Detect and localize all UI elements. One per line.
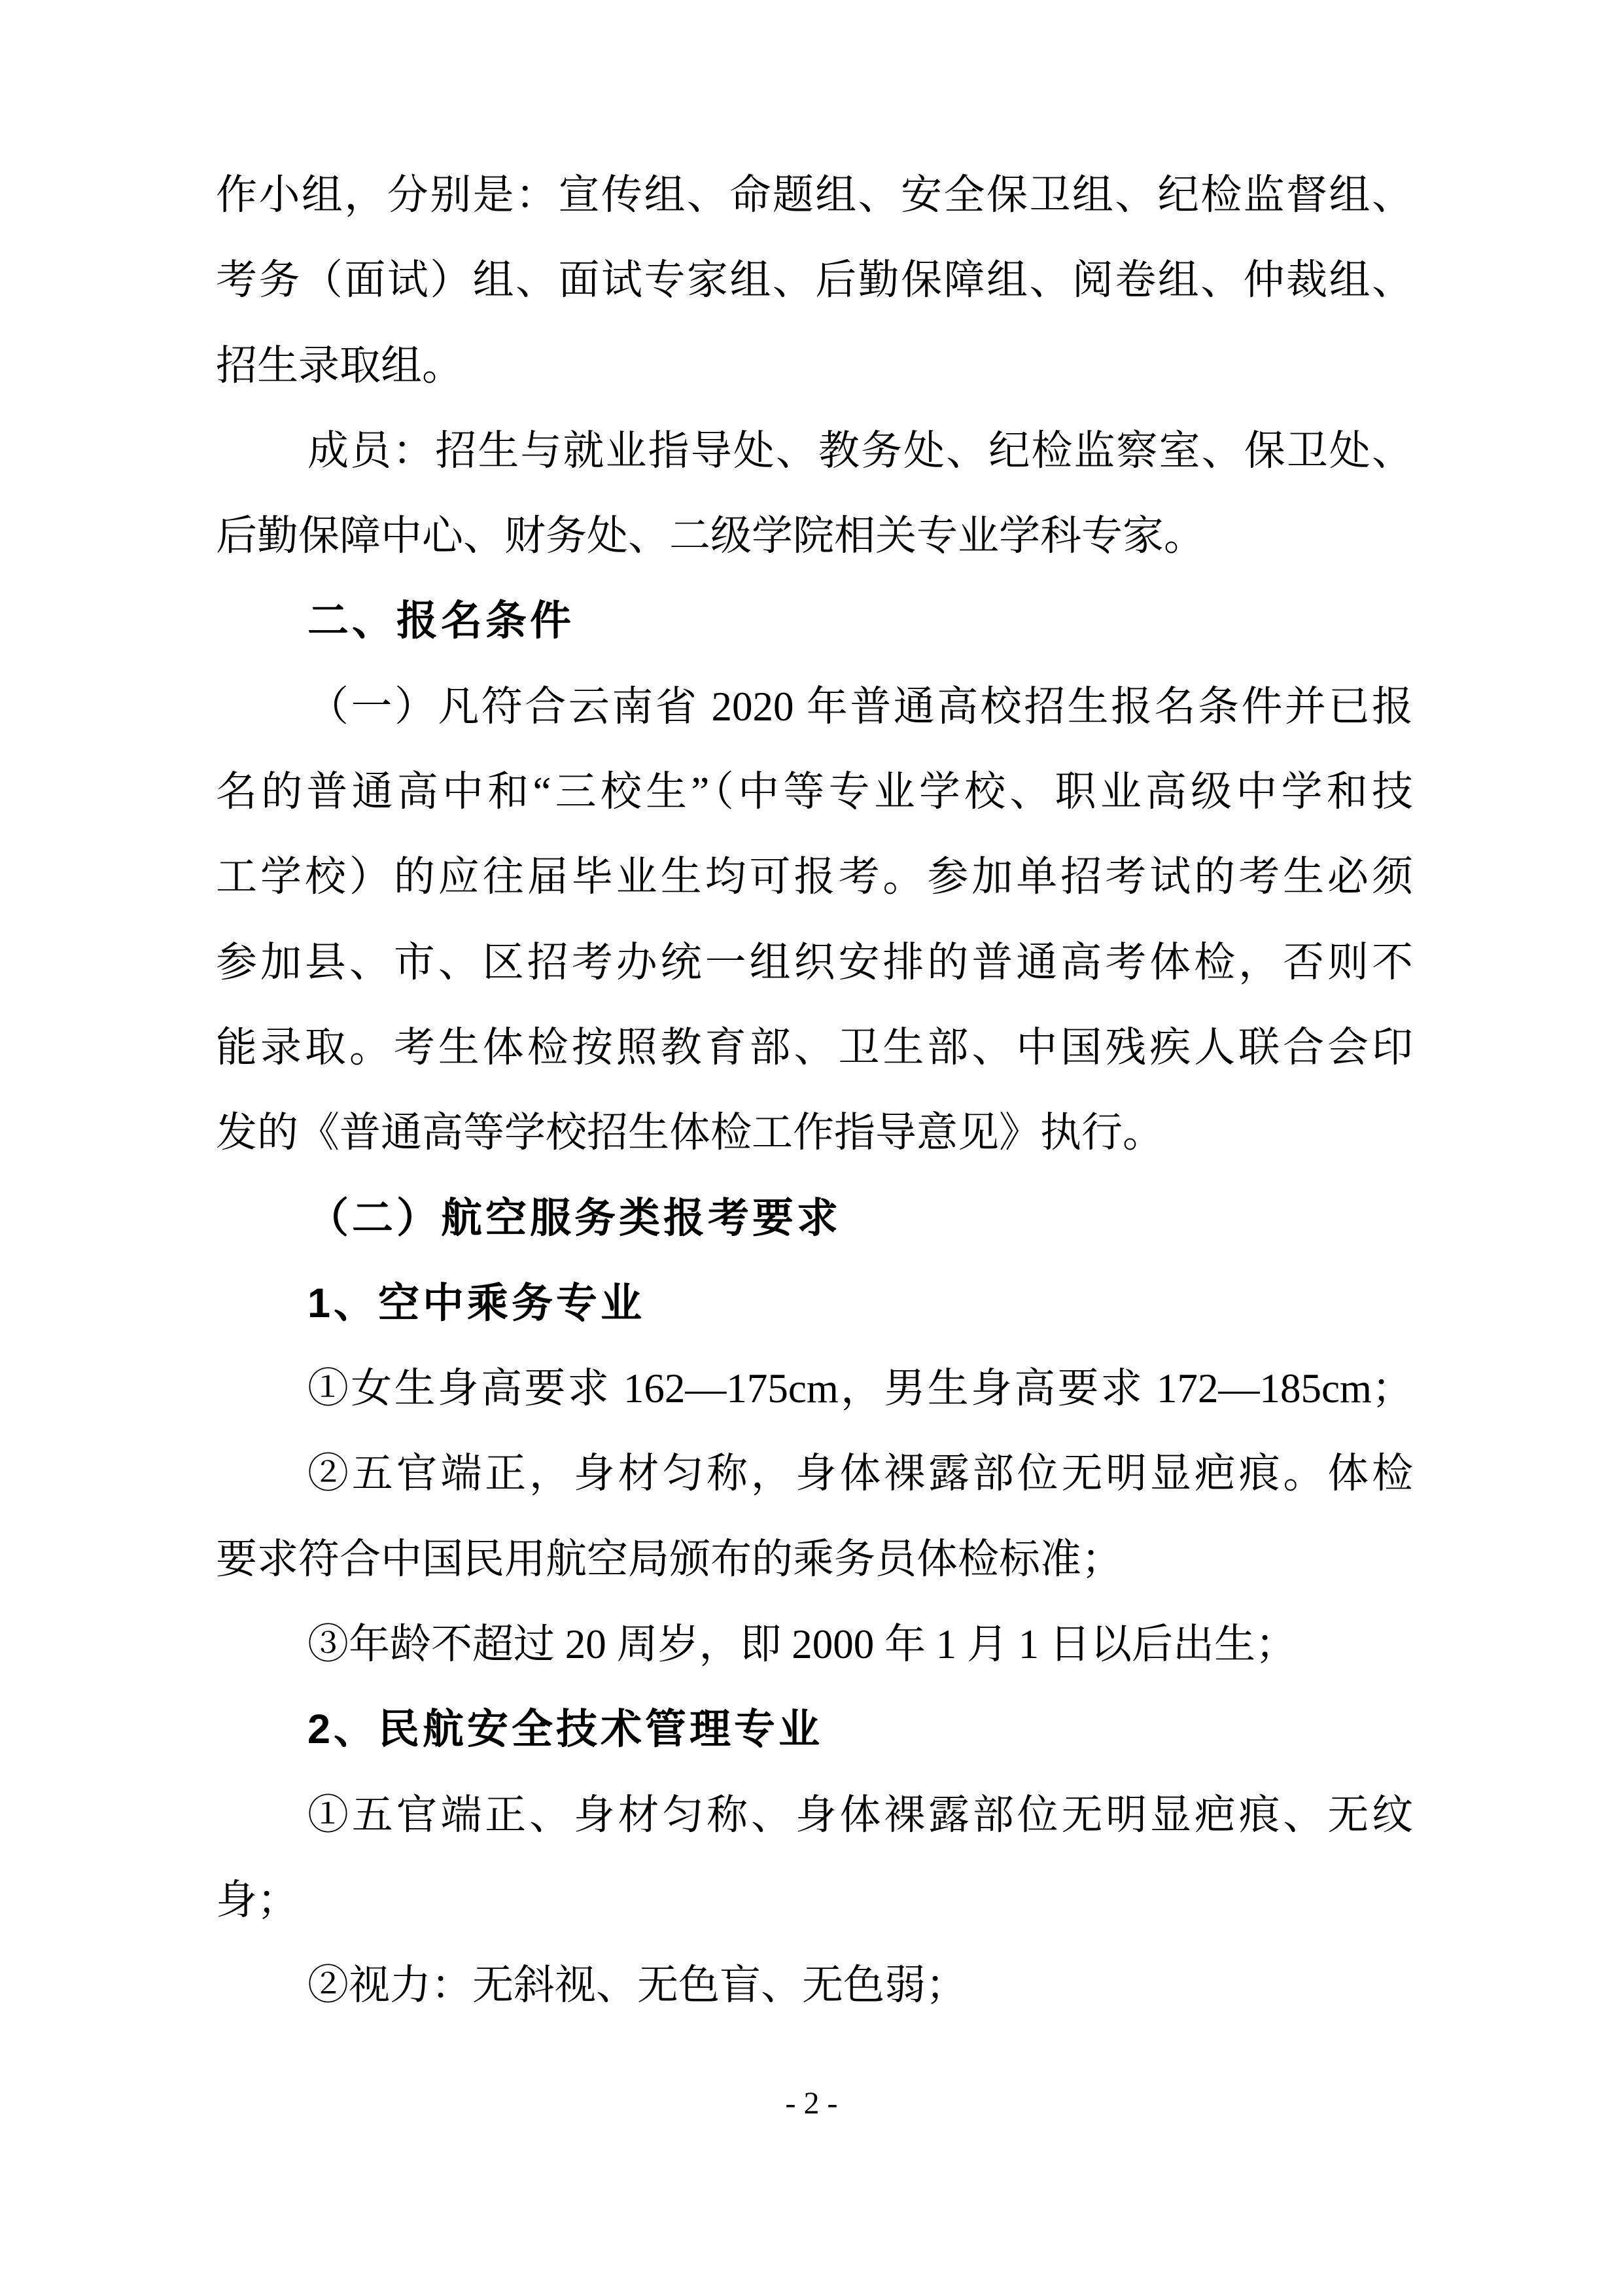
text-line: 工学校）的应往届毕业生均可报考。参加单招考试的考生必须 <box>216 834 1413 919</box>
text-line: 要求符合中国民用航空局颁布的乘务员体检标准； <box>216 1517 1413 1602</box>
heading-line: 二、报名条件 <box>216 578 1413 663</box>
text-line: 成员：招生与就业指导处、教务处、纪检监察室、保卫处、 <box>216 408 1413 493</box>
text-line: 身； <box>216 1858 1413 1943</box>
body-paragraph: ③年龄不超过 20 周岁，即 2000 年 1 月 1 日以后出生； <box>216 1602 1413 1687</box>
text-line: 招生录取组。 <box>216 323 1413 408</box>
page-number: - 2 - <box>786 2086 838 2121</box>
heading-line: 2、民航安全技术管理专业 <box>216 1687 1413 1772</box>
text-line: ①女生身高要求 162—175cm，男生身高要求 172—185cm； <box>216 1346 1413 1431</box>
body-paragraph: ②五官端正，身材匀称，身体裸露部位无明显疤痕。体检要求符合中国民用航空局颁布的乘… <box>216 1431 1413 1602</box>
text-line: ③年龄不超过 20 周岁，即 2000 年 1 月 1 日以后出生； <box>216 1602 1413 1687</box>
text-line: 作小组，分别是：宣传组、命题组、安全保卫组、纪检监督组、 <box>216 152 1413 238</box>
body-paragraph: ②视力：无斜视、无色盲、无色弱； <box>216 1943 1413 2028</box>
document-page: 作小组，分别是：宣传组、命题组、安全保卫组、纪检监督组、考务（面试）组、面试专家… <box>0 0 1623 2296</box>
heading-paragraph: 二、报名条件 <box>216 578 1413 663</box>
text-line: 名的普通高中和“三校生”（中等专业学校、职业高级中学和技 <box>216 749 1413 834</box>
heading-paragraph: 1、空中乘务专业 <box>216 1261 1413 1346</box>
document-body: 作小组，分别是：宣传组、命题组、安全保卫组、纪检监督组、考务（面试）组、面试专家… <box>216 152 1413 2028</box>
body-paragraph: （一）凡符合云南省 2020 年普通高校招生报名条件并已报名的普通高中和“三校生… <box>216 664 1413 1176</box>
text-line: （一）凡符合云南省 2020 年普通高校招生报名条件并已报 <box>216 664 1413 749</box>
body-paragraph: ①女生身高要求 162—175cm，男生身高要求 172—185cm； <box>216 1346 1413 1431</box>
text-line: ①五官端正、身材匀称、身体裸露部位无明显疤痕、无纹 <box>216 1773 1413 1858</box>
text-line: 考务（面试）组、面试专家组、后勤保障组、阅卷组、仲裁组、 <box>216 238 1413 323</box>
text-line: 参加县、市、区招考办统一组织安排的普通高考体检，否则不 <box>216 920 1413 1005</box>
heading-paragraph: 2、民航安全技术管理专业 <box>216 1687 1413 1772</box>
body-paragraph: ①五官端正、身材匀称、身体裸露部位无明显疤痕、无纹身； <box>216 1773 1413 1943</box>
text-line: 能录取。考生体检按照教育部、卫生部、中国残疾人联合会印 <box>216 1005 1413 1090</box>
heading-paragraph: （二）航空服务类报考要求 <box>216 1176 1413 1261</box>
text-line: ②五官端正，身材匀称，身体裸露部位无明显疤痕。体检 <box>216 1431 1413 1516</box>
heading-line: 1、空中乘务专业 <box>216 1261 1413 1346</box>
heading-line: （二）航空服务类报考要求 <box>216 1176 1413 1261</box>
page-footer: - 2 - <box>0 2084 1623 2123</box>
text-line: 后勤保障中心、财务处、二级学院相关专业学科专家。 <box>216 493 1413 578</box>
body-paragraph: 作小组，分别是：宣传组、命题组、安全保卫组、纪检监督组、考务（面试）组、面试专家… <box>216 152 1413 408</box>
body-paragraph: 成员：招生与就业指导处、教务处、纪检监察室、保卫处、后勤保障中心、财务处、二级学… <box>216 408 1413 579</box>
text-line: ②视力：无斜视、无色盲、无色弱； <box>216 1943 1413 2028</box>
text-line: 发的《普通高等学校招生体检工作指导意见》执行。 <box>216 1090 1413 1175</box>
